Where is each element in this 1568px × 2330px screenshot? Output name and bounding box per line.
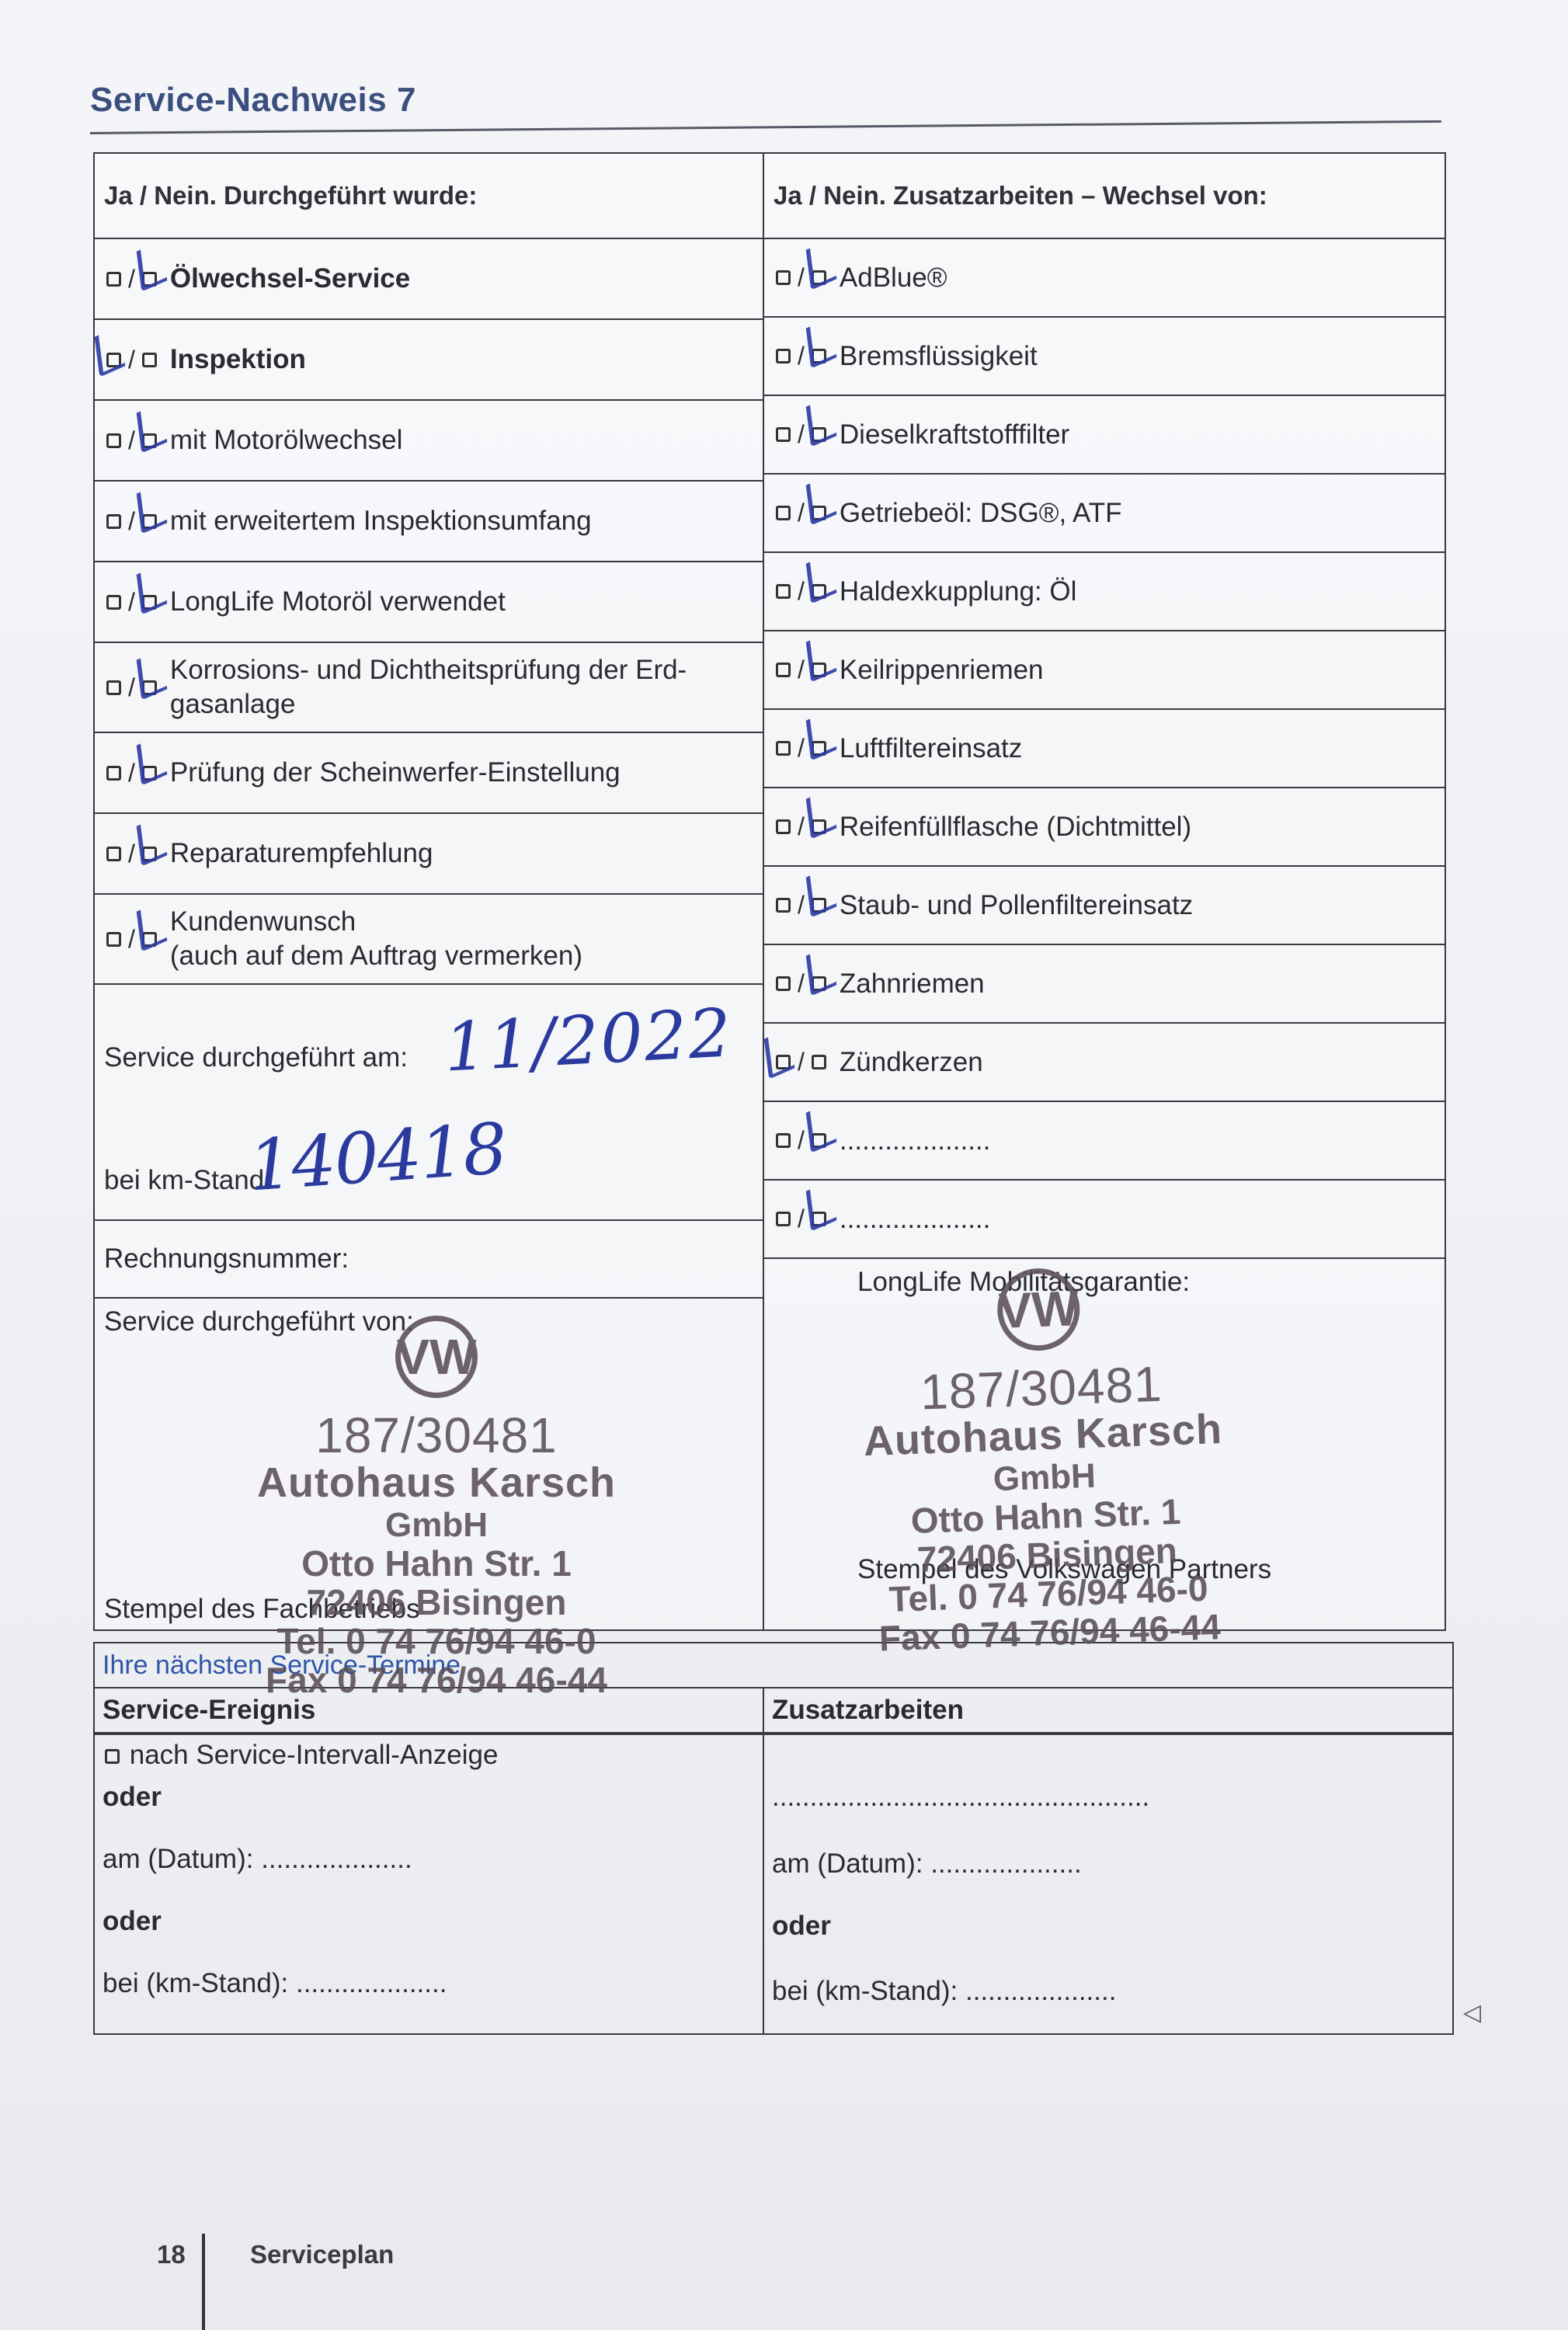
separator: / — [798, 734, 805, 763]
service-record-table: Ja / Nein. Durchgeführt wurde: Ja / Nein… — [93, 152, 1446, 1631]
ja-checkbox-icon[interactable] — [776, 349, 791, 363]
ja-nein-checkbox-pair[interactable]: / — [774, 1048, 829, 1076]
right-item-row: /Bremsflüssigkeit — [764, 318, 1445, 396]
handwritten-check-icon — [137, 815, 168, 867]
separator: / — [798, 656, 805, 684]
separator: / — [128, 507, 135, 536]
ja-checkbox-icon[interactable] — [776, 270, 791, 285]
handwritten-check-icon — [806, 709, 837, 761]
ja-nein-checkbox-pair[interactable]: / — [774, 499, 829, 527]
handwritten-check-icon — [137, 734, 168, 786]
separator: / — [798, 812, 805, 841]
handwritten-check-icon — [806, 238, 837, 290]
or-label: oder — [772, 1911, 831, 1942]
next-km-field[interactable]: bei (km-Stand): .................... — [103, 1968, 447, 1999]
left-item-label: Reparaturempfehlung — [170, 836, 433, 871]
right-item-row: /Staub- und Pollenfiltereinsatz — [764, 867, 1445, 945]
ja-nein-checkbox-pair[interactable]: / — [104, 759, 159, 788]
ja-checkbox-icon[interactable] — [776, 741, 791, 756]
separator: / — [798, 969, 805, 998]
ja-checkbox-icon[interactable] — [106, 766, 121, 781]
right-item-row: /Dieselkraftstofffilter — [764, 396, 1445, 475]
separator: / — [128, 840, 135, 868]
separator: / — [798, 577, 805, 606]
right-column-header: Ja / Nein. Zusatzarbeiten – Wechsel von: — [764, 154, 1445, 239]
title-divider — [90, 120, 1441, 134]
right-item-row: /Zündkerzen — [764, 1024, 1445, 1102]
separator: / — [798, 420, 805, 449]
left-item-label: Inspektion — [170, 343, 306, 377]
handwritten-check-icon — [806, 1180, 837, 1232]
left-item-label: Prüfung der Scheinwerfer-Einstellung — [170, 756, 621, 790]
ja-nein-checkbox-pair[interactable]: / — [774, 342, 829, 370]
separator: / — [128, 346, 135, 374]
separator: / — [128, 673, 135, 702]
right-item-label: Luftfiltereinsatz — [840, 732, 1022, 766]
handwritten-check-icon — [764, 1028, 795, 1080]
dealer-stamp: VW 187/30481 Autohaus Karsch GmbH Otto H… — [242, 1316, 631, 1698]
right-item-label: Keilrippenriemen — [840, 653, 1044, 687]
ja-nein-checkbox-pair[interactable]: / — [104, 673, 159, 702]
performed-by-label: Service durchgeführt von: — [104, 1306, 414, 1337]
left-column-header: Ja / Nein. Durchgeführt wurde: — [95, 154, 764, 239]
or-label: oder — [103, 1906, 162, 1937]
invoice-number-cell[interactable]: Rechnungsnummer: — [95, 1221, 763, 1299]
separator: / — [798, 263, 805, 292]
ja-checkbox-icon[interactable] — [106, 847, 121, 861]
next-km-field-additional[interactable]: bei (km-Stand): .................... — [772, 1976, 1116, 2007]
left-item-row: /mit Motorölwechsel — [95, 401, 763, 482]
ja-checkbox-icon[interactable] — [106, 433, 121, 448]
left-item-row: /Inspektion — [95, 320, 763, 401]
service-date-label: Service durchgeführt am: — [104, 1042, 408, 1073]
stamp-legal-form: GmbH — [242, 1508, 631, 1542]
right-item-label: Bremsflüssigkeit — [840, 339, 1038, 374]
handwritten-check-icon — [806, 1101, 837, 1153]
separator: / — [128, 426, 135, 455]
right-item-row: /.................... — [764, 1102, 1445, 1181]
footer-divider — [202, 2234, 205, 2330]
ja-nein-checkbox-pair[interactable]: / — [104, 426, 159, 455]
right-item-row: /Getriebeöl: DSG®, ATF — [764, 475, 1445, 553]
ja-nein-checkbox-pair[interactable]: / — [104, 346, 159, 374]
ja-nein-checkbox-pair[interactable]: / — [774, 969, 829, 998]
right-item-row: /AdBlue® — [764, 239, 1445, 318]
service-event-cell: nach Service-Intervall-Anzeige oder am (… — [95, 1735, 764, 2033]
additional-work-cell: ........................................… — [764, 1735, 1454, 2033]
handwritten-check-icon — [137, 482, 168, 534]
page-number: 18 — [157, 2240, 186, 2269]
right-item-label: Staub- und Pollenfiltereinsatz — [840, 889, 1193, 923]
separator: / — [128, 588, 135, 617]
ja-nein-checkbox-pair[interactable]: / — [774, 263, 829, 292]
ja-checkbox-icon[interactable] — [776, 506, 791, 520]
stamp-street: Otto Hahn Str. 1 — [851, 1491, 1240, 1540]
service-event-header: Service-Ereignis — [95, 1688, 764, 1735]
right-item-label: Getriebeöl: DSG®, ATF — [840, 496, 1122, 530]
ja-nein-checkbox-pair[interactable]: / — [774, 891, 829, 920]
right-item-row: /Zahnriemen — [764, 945, 1445, 1024]
ja-nein-checkbox-pair[interactable]: / — [774, 734, 829, 763]
right-item-row: /.................... — [764, 1181, 1445, 1259]
left-column: /Ölwechsel-Service/Inspektion/mit Motorö… — [95, 239, 764, 1629]
ja-nein-checkbox-pair[interactable]: / — [774, 420, 829, 449]
ja-nein-checkbox-pair[interactable]: / — [104, 588, 159, 617]
checkbox-icon[interactable] — [105, 1749, 120, 1764]
ja-checkbox-icon[interactable] — [106, 595, 121, 610]
separator: / — [128, 265, 135, 294]
handwritten-check-icon — [806, 474, 837, 526]
service-date-km-cell: Service durchgeführt am: 11/2022 bei km-… — [95, 985, 763, 1221]
ja-nein-checkbox-pair[interactable]: / — [104, 840, 159, 868]
separator: / — [798, 342, 805, 370]
additional-work-header: Zusatzarbeiten — [764, 1688, 1454, 1735]
right-item-label: Zahnriemen — [840, 967, 985, 1001]
left-item-row: /Korrosions- und Dichtheitsprüfung der E… — [95, 643, 763, 733]
right-item-row: /Luftfiltereinsatz — [764, 710, 1445, 788]
ja-nein-checkbox-pair[interactable]: / — [774, 656, 829, 684]
km-value[interactable]: 140418 — [246, 1108, 509, 1208]
stamp-dealer-id: 187/30481 — [847, 1356, 1236, 1419]
ja-nein-checkbox-pair[interactable]: / — [774, 577, 829, 606]
handwritten-check-icon — [137, 240, 168, 292]
partner-stamp-label: Stempel des Volkswagen Partners — [857, 1554, 1271, 1585]
ja-checkbox-icon[interactable] — [776, 898, 791, 913]
next-date-field-additional[interactable]: am (Datum): .................... — [772, 1848, 1082, 1880]
left-item-row: /Kundenwunsch(auch auf dem Auftrag verme… — [95, 895, 763, 985]
right-item-label: Haldexkupplung: Öl — [840, 575, 1076, 609]
ja-checkbox-icon[interactable] — [106, 272, 121, 287]
handwritten-check-icon — [137, 402, 168, 454]
stamp-legal-form: GmbH — [850, 1454, 1239, 1501]
right-item-label: Zündkerzen — [840, 1045, 983, 1080]
right-column: /AdBlue®/Bremsflüssigkeit/Dieselkraftsto… — [764, 239, 1445, 1629]
left-item-label: LongLife Motoröl verwendet — [170, 585, 506, 619]
handwritten-check-icon — [137, 649, 168, 701]
nein-checkbox-icon[interactable] — [812, 1055, 826, 1069]
separator: / — [798, 1048, 805, 1076]
handwritten-check-icon — [137, 563, 168, 615]
handwritten-check-icon — [806, 944, 837, 996]
ja-nein-checkbox-pair[interactable]: / — [104, 925, 159, 954]
right-item-label: Dieselkraftstofffilter — [840, 418, 1069, 452]
right-item-row: /Keilrippenriemen — [764, 631, 1445, 710]
right-item-row: /Haldexkupplung: Öl — [764, 553, 1445, 631]
ja-nein-checkbox-pair[interactable]: / — [774, 812, 829, 841]
sia-option-label: nach Service-Intervall-Anzeige — [130, 1740, 499, 1770]
right-item-label: AdBlue® — [840, 261, 947, 295]
handwritten-check-icon — [806, 317, 837, 369]
sia-option[interactable]: nach Service-Intervall-Anzeige — [103, 1740, 498, 1771]
next-services-heading: Ihre nächsten Service-Termine — [95, 1643, 1452, 1688]
ja-checkbox-icon[interactable] — [106, 680, 121, 695]
footer-section: Serviceplan — [250, 2240, 394, 2269]
mobility-guarantee-label: LongLife Mobilitätsgarantie: — [857, 1267, 1190, 1298]
stamp-dealer-id: 187/30481 — [242, 1410, 631, 1460]
ja-nein-checkbox-pair[interactable]: / — [104, 507, 159, 536]
mobility-guarantee-cell: LongLife Mobilitätsgarantie: VW 187/3048… — [764, 1259, 1445, 1590]
km-label: bei km-Stand: — [104, 1165, 272, 1196]
dealer-stamp-label: Stempel des Fachbetriebs — [104, 1594, 420, 1625]
separator: / — [798, 1205, 805, 1233]
separator: / — [798, 1126, 805, 1155]
handwritten-check-icon — [806, 552, 837, 604]
right-item-row: /Reifenfüllflasche (Dichtmittel) — [764, 788, 1445, 867]
service-record-page: Service-Nachweis 7 Ja / Nein. Durchgefüh… — [0, 0, 1568, 2330]
left-item-row: /Reparaturempfehlung — [95, 814, 763, 895]
ja-checkbox-icon[interactable] — [106, 932, 121, 947]
next-services-table: Ihre nächsten Service-Termine Service-Er… — [93, 1642, 1454, 2035]
separator: / — [128, 925, 135, 954]
dealer-stamp-cell: Service durchgeführt von: VW 187/30481 A… — [95, 1299, 763, 1629]
ja-checkbox-icon[interactable] — [776, 976, 791, 991]
triangle-marker-icon: ◁ — [1463, 1999, 1481, 2026]
handwritten-check-icon — [806, 631, 837, 683]
next-date-field[interactable]: am (Datum): .................... — [103, 1844, 412, 1875]
partner-stamp: VW 187/30481 Autohaus Karsch GmbH Otto H… — [843, 1261, 1245, 1657]
ja-nein-checkbox-pair[interactable]: / — [774, 1205, 829, 1233]
invoice-number-label: Rechnungsnummer: — [104, 1243, 349, 1275]
handwritten-check-icon — [806, 395, 837, 447]
nein-checkbox-icon[interactable] — [142, 353, 157, 367]
separator: / — [128, 759, 135, 788]
ja-checkbox-icon[interactable] — [776, 662, 791, 677]
left-item-label: Kundenwunsch(auch auf dem Auftrag vermer… — [170, 905, 582, 973]
stamp-dealer-name: Autohaus Karsch — [242, 1462, 631, 1504]
ja-checkbox-icon[interactable] — [776, 819, 791, 834]
left-item-row: /Prüfung der Scheinwerfer-Einstellung — [95, 733, 763, 814]
left-item-row: /LongLife Motoröl verwendet — [95, 562, 763, 643]
right-item-label: .................... — [840, 1124, 990, 1158]
ja-checkbox-icon[interactable] — [776, 427, 791, 442]
ja-checkbox-icon[interactable] — [106, 514, 121, 529]
left-item-row: /Ölwechsel-Service — [95, 239, 763, 320]
left-item-row: /mit erweitertem Inspektionsumfang — [95, 482, 763, 562]
ja-checkbox-icon[interactable] — [776, 584, 791, 599]
handwritten-check-icon — [137, 900, 168, 952]
ja-checkbox-icon[interactable] — [776, 1133, 791, 1148]
handwritten-check-icon — [806, 788, 837, 840]
additional-work-field[interactable]: ........................................… — [772, 1782, 1149, 1813]
page-title: Service-Nachweis 7 — [90, 81, 416, 120]
handwritten-check-icon — [95, 325, 126, 377]
left-item-label: Korrosions- und Dichtheitsprüfung der Er… — [170, 653, 687, 722]
service-date-value[interactable]: 11/2022 — [443, 994, 735, 1087]
separator: / — [798, 499, 805, 527]
separator: / — [798, 891, 805, 920]
right-item-label: .................... — [840, 1202, 990, 1236]
or-label: oder — [103, 1782, 162, 1813]
left-item-label: Ölwechsel-Service — [170, 262, 410, 296]
handwritten-check-icon — [806, 866, 837, 918]
stamp-street: Otto Hahn Str. 1 — [242, 1546, 631, 1581]
left-item-label: mit erweitertem Inspektionsumfang — [170, 504, 592, 538]
ja-nein-checkbox-pair[interactable]: / — [774, 1126, 829, 1155]
stamp-dealer-name: Autohaus Karsch — [848, 1407, 1238, 1462]
right-item-label: Reifenfüllflasche (Dichtmittel) — [840, 810, 1191, 844]
left-item-label: mit Motorölwechsel — [170, 423, 403, 457]
ja-checkbox-icon[interactable] — [776, 1212, 791, 1226]
ja-nein-checkbox-pair[interactable]: / — [104, 265, 159, 294]
